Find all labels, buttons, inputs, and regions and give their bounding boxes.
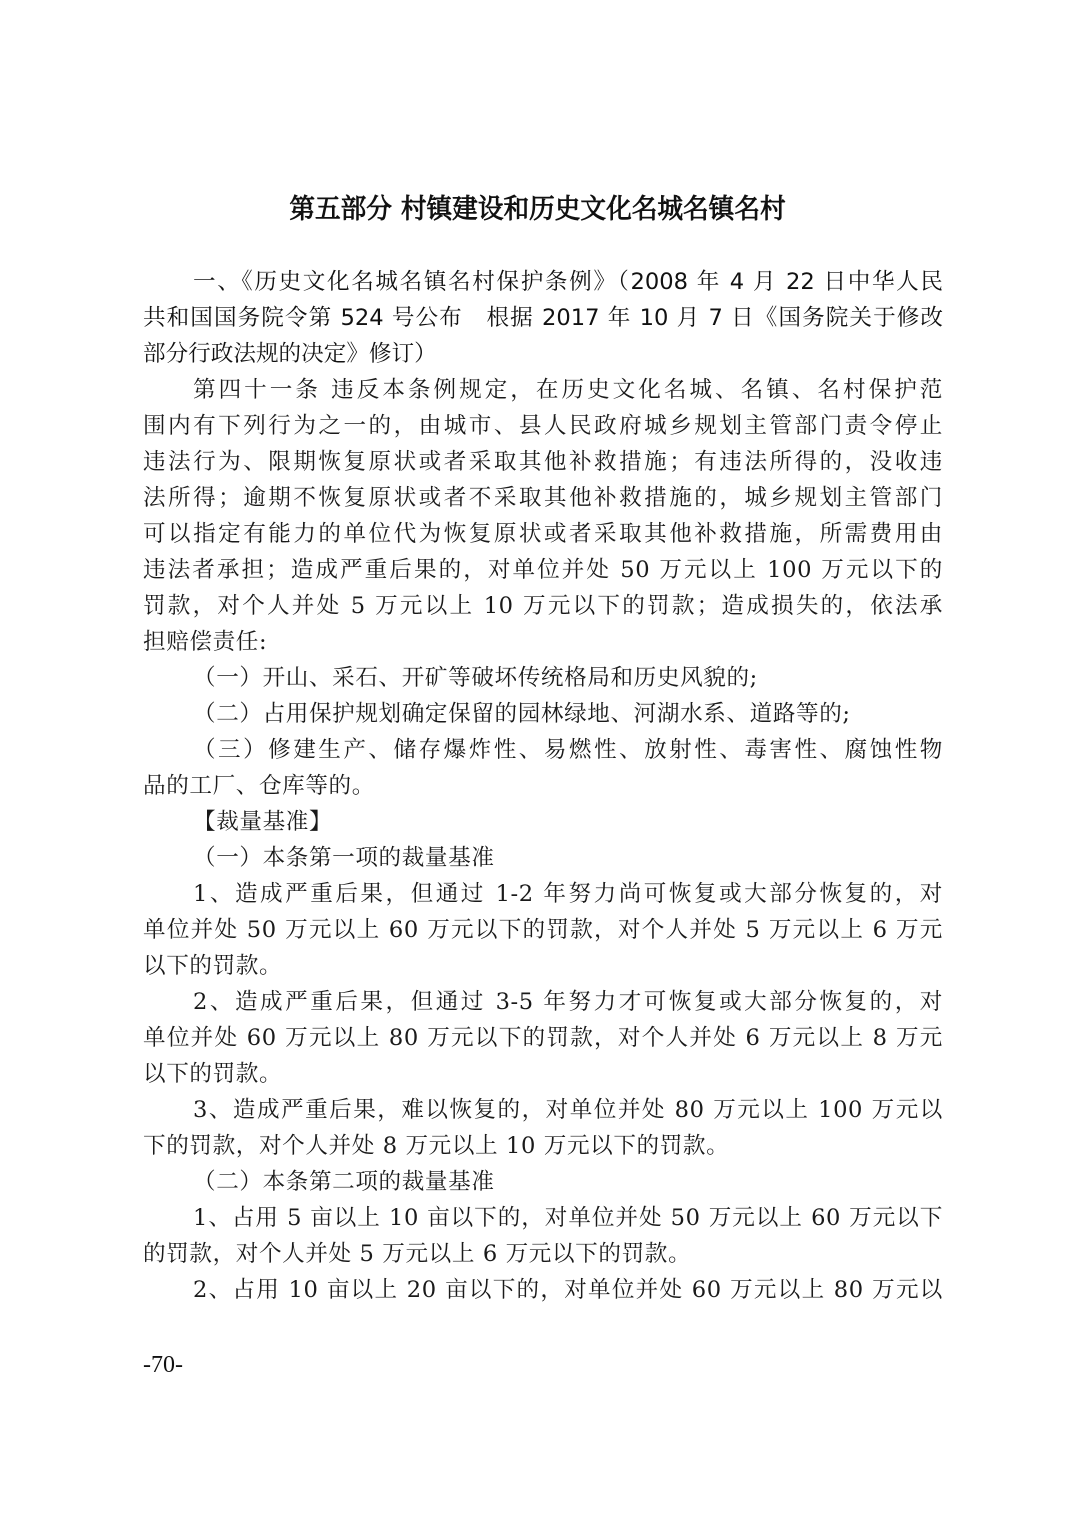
regulation-heading-line: 一、《历史文化名城名镇名村保护条例》（2008 年 4 月 22 日中华人民: [143, 264, 943, 300]
article-body: 第四十一条 违反本条例规定，在历史文化名城、名镇、名村保护范围内有下列行为之一的…: [143, 372, 943, 1308]
body-line: 1、造成严重后果，但通过 1-2 年努力尚可恢复或大部分恢复的，对: [143, 876, 943, 912]
regulation-heading-line: 共和国国务院令第 524 号公布 根据 2017 年 10 月 7 日《国务院关…: [143, 300, 943, 336]
body-line: 以下的罚款。: [143, 1056, 943, 1092]
body-line: 【裁量基准】: [143, 804, 943, 840]
body-line: （三）修建生产、储存爆炸性、易燃性、放射性、毒害性、腐蚀性物: [143, 732, 943, 768]
body-line: 品的工厂、仓库等的。: [143, 768, 943, 804]
body-line: 以下的罚款。: [143, 948, 943, 984]
body-line: 法所得；逾期不恢复原状或者不采取其他补救措施的，城乡规划主管部门: [143, 480, 943, 516]
page-number: -70-: [143, 1352, 183, 1379]
body-line: 单位并处 50 万元以上 60 万元以下的罚款，对个人并处 5 万元以上 6 万…: [143, 912, 943, 948]
body-line: 的罚款，对个人并处 5 万元以上 6 万元以下的罚款。: [143, 1236, 943, 1272]
body-line: 3、造成严重后果，难以恢复的，对单位并处 80 万元以上 100 万元以: [143, 1092, 943, 1128]
body-line: （二）本条第二项的裁量基准: [143, 1164, 943, 1200]
body-line: （一）本条第一项的裁量基准: [143, 840, 943, 876]
body-line: 2、造成严重后果，但通过 3-5 年努力才可恢复或大部分恢复的，对: [143, 984, 943, 1020]
body-line: （一）开山、采石、开矿等破坏传统格局和历史风貌的;: [143, 660, 943, 696]
body-line: 单位并处 60 万元以上 80 万元以下的罚款，对个人并处 6 万元以上 8 万…: [143, 1020, 943, 1056]
body-line: 违法者承担；造成严重后果的，对单位并处 50 万元以上 100 万元以下的: [143, 552, 943, 588]
body-line: 下的罚款，对个人并处 8 万元以上 10 万元以下的罚款。: [143, 1128, 943, 1164]
part-title: 第五部分 村镇建设和历史文化名城名镇名村: [27, 190, 1048, 230]
body-line: 罚款，对个人并处 5 万元以上 10 万元以下的罚款；造成损失的，依法承: [143, 588, 943, 624]
body-line: 可以指定有能力的单位代为恢复原状或者采取其他补救措施，所需费用由: [143, 516, 943, 552]
body-line: （二）占用保护规划确定保留的园林绿地、河湖水系、道路等的;: [143, 696, 943, 732]
document-page: 第五部分 村镇建设和历史文化名城名镇名村 一、《历史文化名城名镇名村保护条例》（…: [0, 0, 1075, 1520]
body-line: 第四十一条 违反本条例规定，在历史文化名城、名镇、名村保护范: [143, 372, 943, 408]
body-line: 1、占用 5 亩以上 10 亩以下的，对单位并处 50 万元以上 60 万元以下: [143, 1200, 943, 1236]
body-line: 2、占用 10 亩以上 20 亩以下的，对单位并处 60 万元以上 80 万元以: [143, 1272, 943, 1308]
regulation-heading: 一、《历史文化名城名镇名村保护条例》（2008 年 4 月 22 日中华人民 共…: [143, 264, 943, 372]
body-line: 违法行为、限期恢复原状或者采取其他补救措施；有违法所得的，没收违: [143, 444, 943, 480]
body-line: 担赔偿责任:: [143, 624, 943, 660]
regulation-heading-line: 部分行政法规的决定》修订）: [143, 336, 943, 372]
body-line: 围内有下列行为之一的，由城市、县人民政府城乡规划主管部门责令停止: [143, 408, 943, 444]
